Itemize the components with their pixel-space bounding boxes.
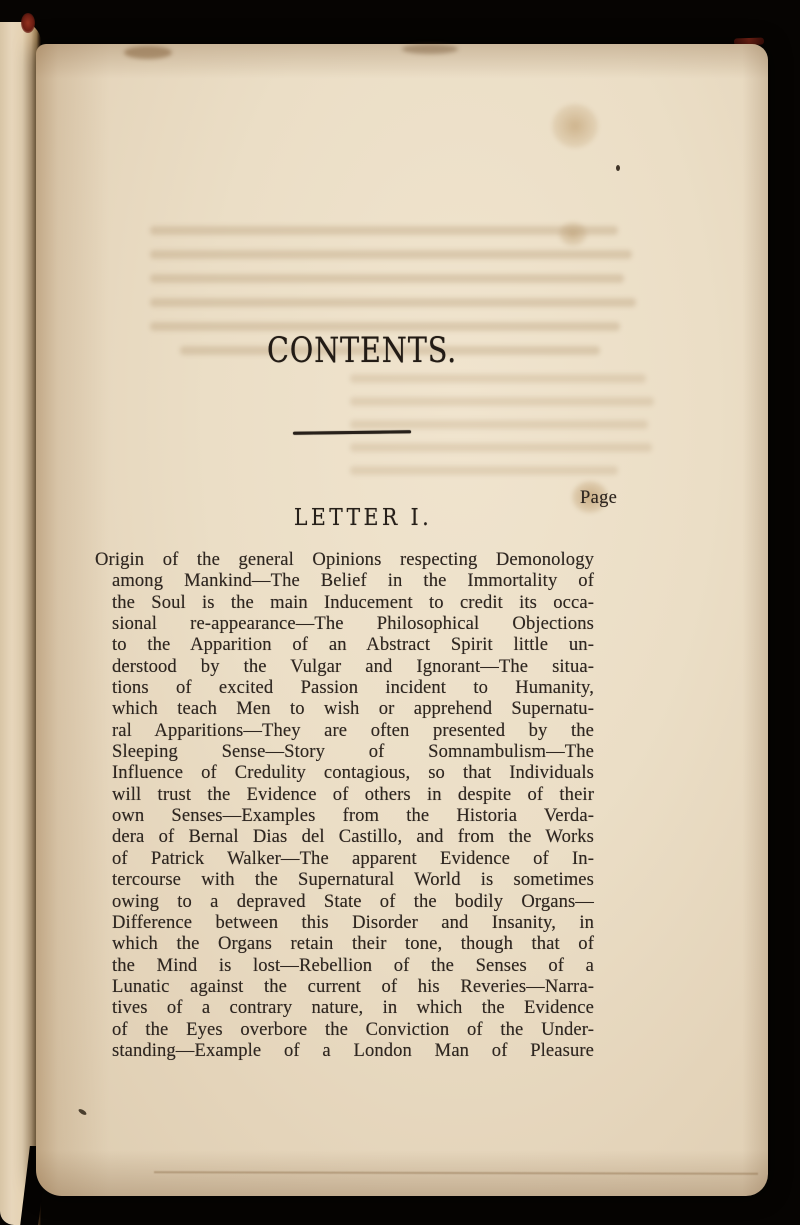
ghost-text-line bbox=[150, 250, 632, 259]
ink-speck bbox=[78, 1108, 88, 1116]
page-column-label: Page bbox=[580, 488, 617, 509]
contents-line: to the Apparition of an Abstract Spirit … bbox=[112, 634, 594, 655]
edge-smudge bbox=[402, 44, 458, 54]
contents-line: dera of Bernal Dias del Castillo, and fr… bbox=[112, 826, 594, 847]
ghost-text-line bbox=[350, 420, 648, 429]
contents-line: the Mind is lost—Rebellion of the Senses… bbox=[112, 955, 594, 976]
contents-line: standing—Example of a London Man of Plea… bbox=[112, 1040, 594, 1061]
ghost-text-line bbox=[350, 397, 654, 406]
ghost-text-line bbox=[150, 322, 620, 331]
ghost-text-line bbox=[150, 274, 624, 283]
ghost-text-line bbox=[350, 443, 652, 452]
ghost-text-line bbox=[350, 374, 646, 383]
contents-line: among Mankind—The Belief in the Immortal… bbox=[112, 570, 594, 591]
contents-line: own Senses—Examples from the Historia Ve… bbox=[112, 805, 594, 826]
letter-summary: Origin of the general Opinions respectin… bbox=[95, 549, 594, 1061]
contents-line: ral Apparitions—They are often presented… bbox=[112, 720, 594, 741]
ghost-text-line bbox=[350, 466, 618, 475]
contents-line: derstood by the Vulgar and Ignorant—The … bbox=[112, 656, 594, 677]
binding-red-dot bbox=[21, 13, 35, 33]
contents-line: Sleeping Sense—Story of Somnambulism—The bbox=[112, 741, 594, 762]
contents-line: Difference between this Disorder and Ins… bbox=[112, 912, 594, 933]
contents-line: of Patrick Walker—The apparent Evidence … bbox=[112, 848, 594, 869]
book-photo: CONTENTS. Page LETTER I. Origin of the g… bbox=[0, 0, 800, 1225]
contents-line: Origin of the general Opinions respectin… bbox=[95, 549, 594, 570]
contents-line: Lunatic against the current of his Rever… bbox=[112, 976, 594, 997]
page-edge-hairline bbox=[154, 1171, 758, 1175]
contents-line: which the Organs retain their tone, thou… bbox=[112, 933, 594, 954]
contents-line: tions of excited Passion incident to Hum… bbox=[112, 677, 594, 698]
foxing-stain bbox=[552, 104, 598, 148]
ink-speck bbox=[616, 165, 620, 171]
contents-line: the Soul is the main Inducement to credi… bbox=[112, 592, 594, 613]
page-title: CONTENTS. bbox=[267, 334, 457, 369]
edge-smudge bbox=[124, 46, 172, 59]
contents-line: will trust the Evidence of others in des… bbox=[112, 784, 594, 805]
ghost-text-line bbox=[150, 226, 618, 235]
contents-line: sional re-appearance—The Philosophical O… bbox=[112, 613, 594, 634]
letter-heading: LETTER I. bbox=[294, 505, 432, 533]
contents-page: CONTENTS. Page LETTER I. Origin of the g… bbox=[36, 44, 768, 1196]
contents-line: Influence of Credulity contagious, so th… bbox=[112, 762, 594, 783]
contents-line: of the Eyes overbore the Conviction of t… bbox=[112, 1019, 594, 1040]
contents-line: owing to a depraved State of the bodily … bbox=[112, 891, 594, 912]
contents-line: tercourse with the Supernatural World is… bbox=[112, 869, 594, 890]
contents-line: tives of a contrary nature, in which the… bbox=[112, 997, 594, 1018]
page-edge-stack bbox=[0, 22, 41, 1225]
ghost-text-line bbox=[150, 298, 636, 307]
contents-line: which teach Men to wish or apprehend Sup… bbox=[112, 698, 594, 719]
